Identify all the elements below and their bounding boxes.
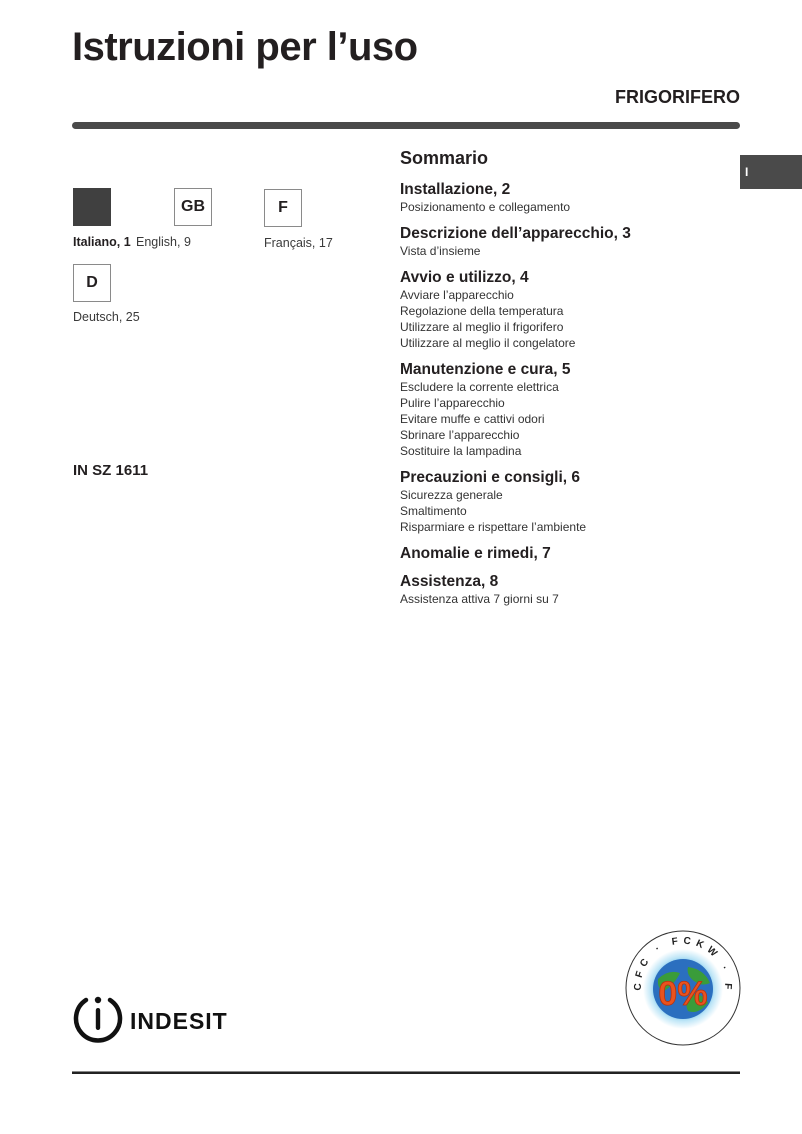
toc-subsection[interactable]: Avviare l’apparecchio: [400, 287, 720, 303]
cfc-free-badge: 0% CFC · FCKW · FCK: [624, 929, 742, 1047]
toc-subsection[interactable]: Regolazione della temperatura: [400, 303, 720, 319]
toc-subsection[interactable]: Sostituire la lampadina: [400, 443, 720, 459]
toc-section: Assistenza, 8Assistenza attiva 7 giorni …: [400, 573, 720, 607]
info-circle-logo-icon: [72, 992, 124, 1044]
toc-section-title[interactable]: Avvio e utilizzo, 4: [400, 269, 720, 287]
toc-section-title[interactable]: Assistenza, 8: [400, 573, 720, 591]
toc-section-title[interactable]: Installazione, 2: [400, 181, 720, 199]
toc-section: Precauzioni e consigli, 6Sicurezza gener…: [400, 469, 720, 535]
toc-section-title[interactable]: Precauzioni e consigli, 6: [400, 469, 720, 487]
language-tab-italian[interactable]: I: [740, 155, 802, 189]
toc-sections: Installazione, 2Posizionamento e collega…: [400, 181, 720, 607]
toc-section: Installazione, 2Posizionamento e collega…: [400, 181, 720, 215]
toc-heading: Sommario: [400, 147, 720, 169]
language-label-french[interactable]: Français, 17: [264, 236, 333, 251]
language-box-italian[interactable]: [73, 188, 111, 226]
top-divider: [72, 122, 740, 129]
toc-section: Anomalie e rimedi, 7: [400, 545, 720, 563]
model-number: IN SZ 1611: [73, 462, 148, 479]
indesit-logo: INDESIT: [72, 992, 228, 1044]
toc-subsection[interactable]: Utilizzare al meglio il frigorifero: [400, 319, 720, 335]
toc-section-title[interactable]: Manutenzione e cura, 5: [400, 361, 720, 379]
toc-subsection[interactable]: Posizionamento e collegamento: [400, 199, 720, 215]
toc-subsection[interactable]: Escludere la corrente elettrica: [400, 379, 720, 395]
document-title: Istruzioni per l’uso: [72, 24, 418, 70]
toc-subsection[interactable]: Risparmiare e rispettare l’ambiente: [400, 519, 720, 535]
toc-subsection[interactable]: Evitare muffe e cattivi odori: [400, 411, 720, 427]
language-box-english[interactable]: GB: [174, 188, 212, 226]
toc-subsection[interactable]: Utilizzare al meglio il congelatore: [400, 335, 720, 351]
bottom-divider: [72, 1071, 740, 1074]
toc-section-title[interactable]: Descrizione dell’apparecchio, 3: [400, 225, 720, 243]
toc-section-title[interactable]: Anomalie e rimedi, 7: [400, 545, 720, 563]
italian-page-ref: Italiano, 1: [73, 235, 131, 249]
language-box-french[interactable]: F: [264, 189, 302, 227]
language-label-italian[interactable]: Italiano, 1: [73, 235, 131, 250]
toc-subsection[interactable]: Assistenza attiva 7 giorni su 7: [400, 591, 720, 607]
toc-section: Descrizione dell’apparecchio, 3Vista d’i…: [400, 225, 720, 259]
toc-subsection[interactable]: Vista d’insieme: [400, 243, 720, 259]
language-label-english[interactable]: English, 9: [136, 235, 191, 250]
zero-percent-text: 0%: [658, 975, 707, 1013]
toc-subsection[interactable]: Sicurezza generale: [400, 487, 720, 503]
toc-subsection[interactable]: Sbrinare l’apparecchio: [400, 427, 720, 443]
toc-section: Avvio e utilizzo, 4Avviare l’apparecchio…: [400, 269, 720, 351]
toc-subsection[interactable]: Pulire l’apparecchio: [400, 395, 720, 411]
toc-section: Manutenzione e cura, 5Escludere la corre…: [400, 361, 720, 459]
toc-subsection[interactable]: Smaltimento: [400, 503, 720, 519]
table-of-contents: Sommario Installazione, 2Posizionamento …: [400, 147, 720, 617]
product-type: FRIGORIFERO: [615, 86, 740, 108]
language-label-german[interactable]: Deutsch, 25: [73, 310, 140, 325]
language-box-german[interactable]: D: [73, 264, 111, 302]
brand-name: INDESIT: [130, 992, 228, 1044]
